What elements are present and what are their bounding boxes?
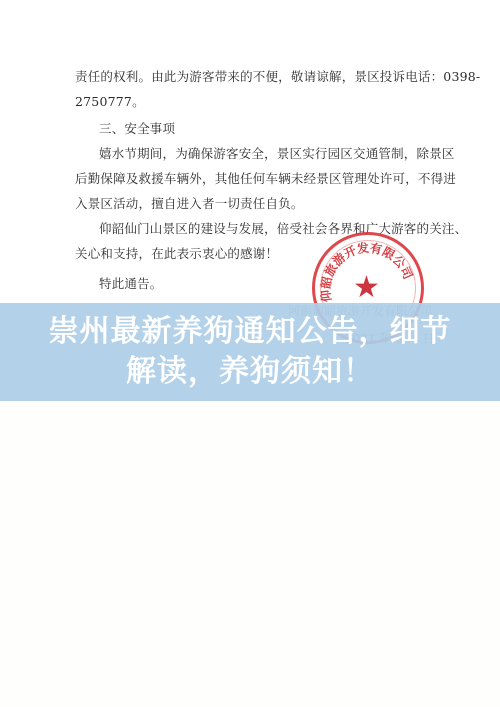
blank-area (0, 401, 500, 707)
doc-line-2: 2750777。 (75, 92, 145, 110)
star-icon: ★ (353, 273, 380, 303)
doc-line-4: 嬉水节期间，为确保游客安全，景区实行园区交通管制，除景区 (99, 144, 455, 162)
section-heading-safety: 三、安全事项 (99, 119, 175, 137)
doc-line-6: 入景区活动，擅自进入者一切责任自负。 (75, 194, 304, 212)
banner-title-line-1: 崇州最新养狗通知公告，细节 (49, 312, 452, 352)
doc-line-5: 后勤保障及救援车辆外，其他任何车辆未经景区管理处许可，不得进 (75, 169, 456, 187)
doc-line-closing: 特此通告。 (99, 274, 163, 292)
doc-line-8: 关心和支持，在此表示衷心的感谢！ (75, 244, 278, 262)
doc-line-1: 责任的权利。由此为游客带来的不便，敬请谅解，景区投诉电话：0398- (75, 67, 480, 85)
title-banner: 崇州最新养狗通知公告，细节 解读，养狗须知！ (0, 303, 500, 401)
banner-title-line-2: 解读，养狗须知！ (126, 352, 374, 392)
